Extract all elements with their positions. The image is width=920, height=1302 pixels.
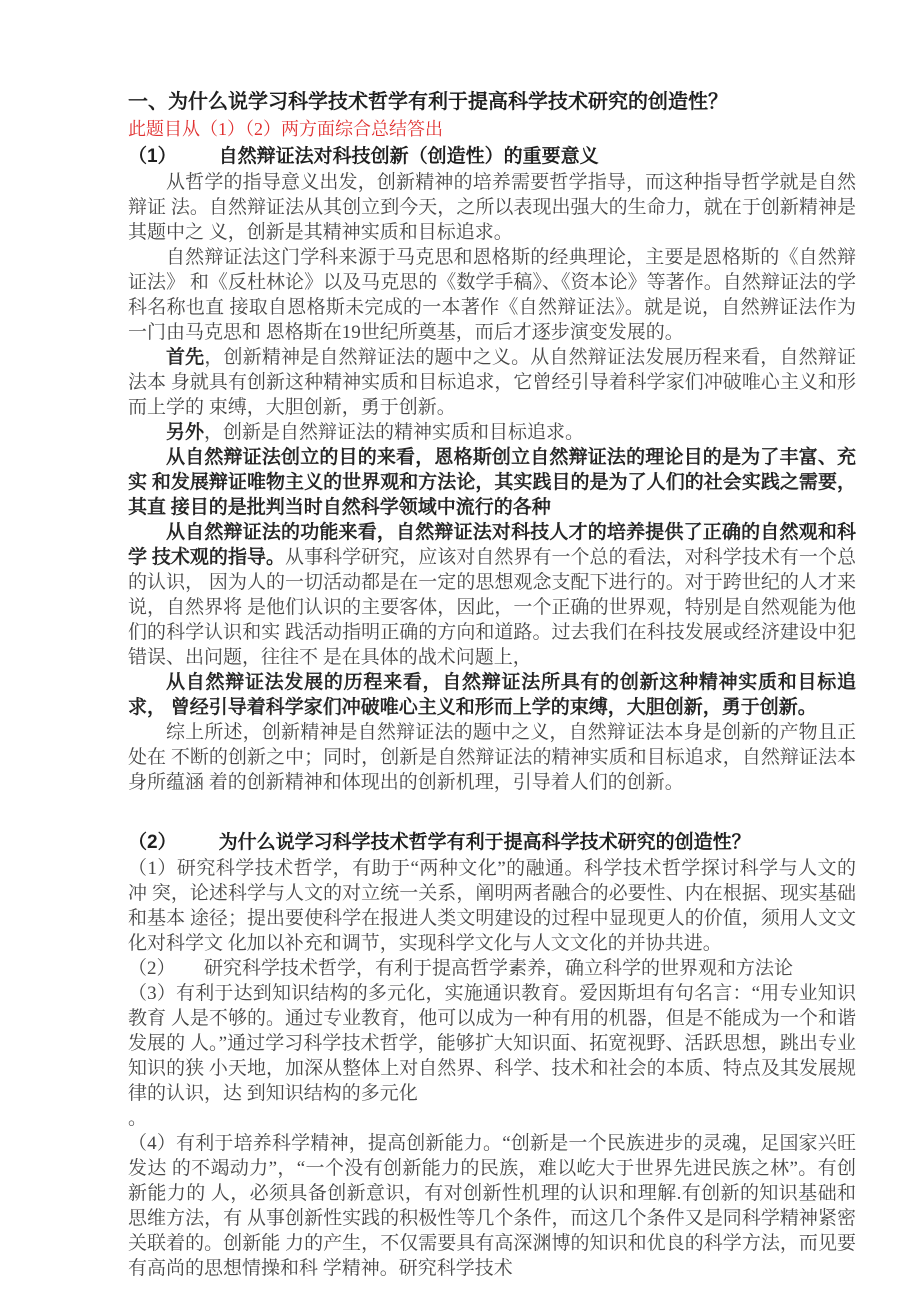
document-title: 一、为什么说学习科学技术哲学有利于提高科学技术研究的创造性？ (128, 88, 856, 116)
paragraph: （1）研究科学技术哲学，有助于“两种文化”的融通。科学技术哲学探讨科学与人文的冲… (128, 856, 856, 956)
section-heading: （2）为什么说学习科学技术哲学有利于提高科学技术研究的创造性？ (128, 829, 856, 856)
paragraph-run: （2） 研究科学技术哲学，有利于提高哲学素养，确立科学的世界观和方法论 (128, 958, 793, 979)
paragraph-run: 自然辩证法这门学科来源于马克思和恩格斯的经典理论，主要是恩格斯的《自然辩证法》 … (128, 247, 856, 343)
section: （1）自然辩证法对科技创新（创造性）的重要意义从哲学的指导意义出发，创新精神的培… (128, 143, 856, 795)
paragraph: （2） 研究科学技术哲学，有利于提高哲学素养，确立科学的世界观和方法论 (128, 956, 856, 981)
paragraph-bold-run: 从自然辩证法发展的历程来看，自然辩证法所具有的创新这种精神实质和目标追求， 曾经… (128, 672, 856, 718)
document-body: （1）自然辩证法对科技创新（创造性）的重要意义从哲学的指导意义出发，创新精神的培… (128, 143, 856, 1281)
paragraph: （4）有利于培养科学精神，提高创新能力。“创新是一个民族进步的灵魂，足国家兴旺发… (128, 1131, 856, 1281)
section-heading-text: 自然辩证法对科技创新（创造性）的重要意义 (219, 146, 599, 167)
paragraph: 从哲学的指导意义出发，创新精神的培养需要哲学指导，而这种指导哲学就是自然辩证 法… (128, 170, 856, 245)
section: （2）为什么说学习科学技术哲学有利于提高科学技术研究的创造性？（1）研究科学技术… (128, 829, 856, 1281)
paragraph-run: ，创新精神是自然辩证法的题中之义。从自然辩证法发展历程来看，自然辩证法本 身就具… (128, 347, 856, 418)
paragraph: 另外，创新是自然辩证法的精神实质和目标追求。 (128, 420, 856, 445)
paragraph-run: 综上所述，创新精神是自然辩证法的题中之义，自然辩证法本身是创新的产物且正处在 不… (128, 722, 856, 793)
paragraph-run: （4）有利于培养科学精神，提高创新能力。“创新是一个民族进步的灵魂，足国家兴旺发… (128, 1133, 856, 1279)
note-line: 此题目从（1）（2）两方面综合总结答出 (128, 116, 856, 143)
paragraph: 从自然辩证法发展的历程来看，自然辩证法所具有的创新这种精神实质和目标追求， 曾经… (128, 670, 856, 720)
section-heading: （1）自然辩证法对科技创新（创造性）的重要意义 (128, 143, 856, 170)
paragraph: 综上所述，创新精神是自然辩证法的题中之义，自然辩证法本身是创新的产物且正处在 不… (128, 720, 856, 795)
paragraph-bold-run: 另外 (166, 422, 204, 443)
paragraph-run: （3）有利于达到知识结构的多元化，实施通识教育。爱因斯坦有句名言：“用专业知识教… (128, 983, 856, 1104)
paragraph-bold-run: 从自然辩证法创立的目的来看，恩格斯创立自然辩证法的理论目的是为了丰富、充实 和发… (128, 447, 856, 518)
paragraph: 首先，创新精神是自然辩证法的题中之义。从自然辩证法发展历程来看，自然辩证法本 身… (128, 345, 856, 420)
paragraph-run: ，创新是自然辩证法的精神实质和目标追求。 (204, 422, 584, 443)
section-number: （1） (128, 146, 177, 167)
paragraph-run: （1）研究科学技术哲学，有助于“两种文化”的融通。科学技术哲学探讨科学与人文的冲… (128, 858, 856, 954)
document-page: 一、为什么说学习科学技术哲学有利于提高科学技术研究的创造性？ 此题目从（1）（2… (0, 0, 920, 1302)
paragraph: 自然辩证法这门学科来源于马克思和恩格斯的经典理论，主要是恩格斯的《自然辩证法》 … (128, 245, 856, 345)
paragraph-run: 。 (128, 1108, 147, 1129)
section-heading-text: 为什么说学习科学技术哲学有利于提高科学技术研究的创造性？ (219, 832, 751, 853)
paragraph-bold-run: 首先 (166, 347, 204, 368)
paragraph: （3）有利于达到知识结构的多元化，实施通识教育。爱因斯坦有句名言：“用专业知识教… (128, 981, 856, 1106)
paragraph: 从自然辩证法的功能来看，自然辩证法对科技人才的培养提供了正确的自然观和科学 技术… (128, 520, 856, 670)
paragraph: 从自然辩证法创立的目的来看，恩格斯创立自然辩证法的理论目的是为了丰富、充实 和发… (128, 445, 856, 520)
section-number: （2） (128, 832, 177, 853)
paragraph-run: 从哲学的指导意义出发，创新精神的培养需要哲学指导，而这种指导哲学就是自然辩证 法… (128, 172, 856, 243)
paragraph: 。 (128, 1106, 856, 1131)
